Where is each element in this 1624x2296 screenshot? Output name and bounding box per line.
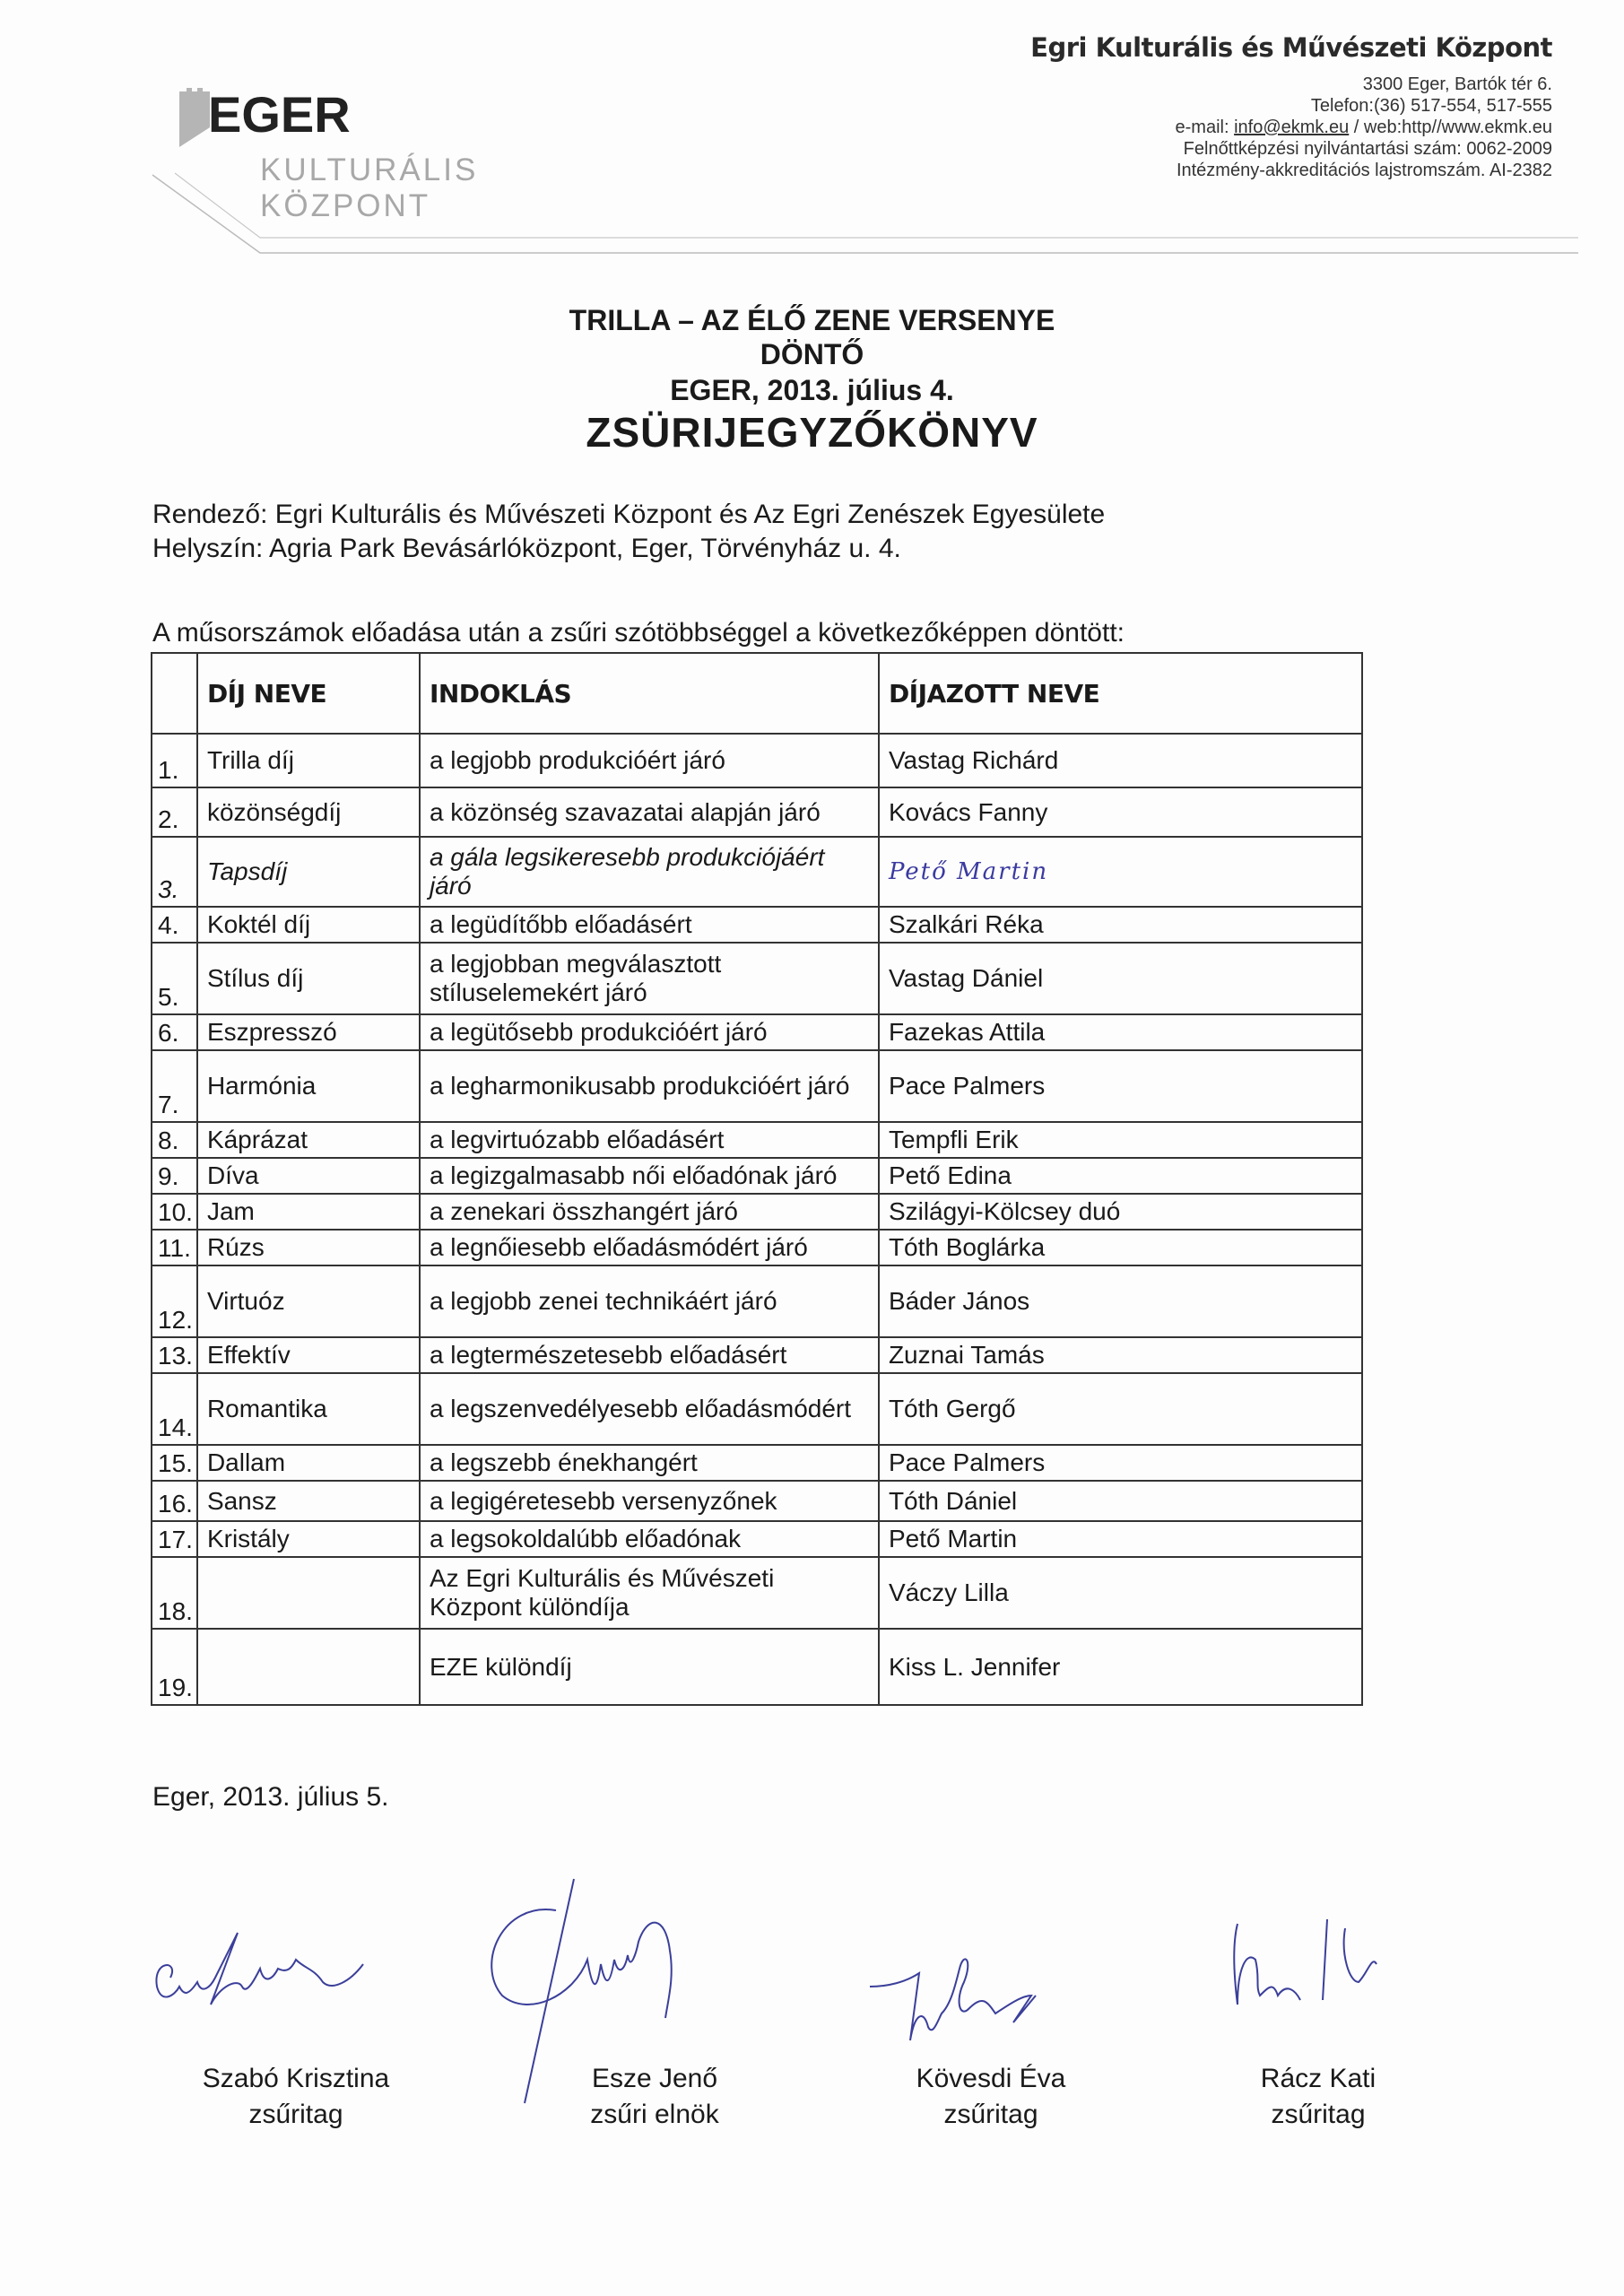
table-row: 5.Stílus díja legjobban megválasztott st… <box>152 943 1362 1014</box>
signatory-name: Kövesdi Éva <box>883 2061 1099 2097</box>
logo-brand: EGER <box>208 90 351 140</box>
signatory-3: Kövesdi Éva zsűritag <box>883 2061 1099 2133</box>
prize-name: Virtuóz <box>197 1265 420 1337</box>
signatory-role: zsűritag <box>1220 2097 1417 2133</box>
winner-name: Vastag Dániel <box>879 943 1362 1014</box>
organization-contact: Egri Kulturális és Művészeti Központ 330… <box>1030 32 1552 181</box>
winner-name: Pace Palmers <box>879 1050 1362 1122</box>
row-number: 9. <box>152 1158 197 1194</box>
row-number: 6. <box>152 1014 197 1050</box>
prize-reason: a legsokoldalúbb előadónak <box>420 1521 879 1557</box>
table-row: 16.Sansza legigéretesebb versenyzőnekTót… <box>152 1481 1362 1521</box>
prize-reason: a legigéretesebb versenyzőnek <box>420 1481 879 1521</box>
table-row: 1.Trilla díja legjobb produkcióért járóV… <box>152 734 1362 787</box>
organization-accreditation: Intézmény-akkreditációs lajstromszám. AI… <box>1030 160 1552 181</box>
prize-name: közönségdíj <box>197 787 420 837</box>
winner-name: Fazekas Attila <box>879 1014 1362 1050</box>
prize-reason: a legnőiesebb előadásmódért járó <box>420 1230 879 1265</box>
organizer-line: Rendező: Egri Kulturális és Művészeti Kö… <box>152 499 1105 531</box>
prize-reason: a legütősebb produkcióért járó <box>420 1014 879 1050</box>
row-number: 10. <box>152 1194 197 1230</box>
organization-email-web: e-mail: info@ekmk.eu / web:http//www.ekm… <box>1030 117 1552 138</box>
organization-address: 3300 Eger, Bartók tér 6. <box>1030 74 1552 95</box>
prize-reason: a zenekari összhangért járó <box>420 1194 879 1230</box>
row-number: 7. <box>152 1050 197 1122</box>
winner-name: Kovács Fanny <box>879 787 1362 837</box>
prize-name: Harmónia <box>197 1050 420 1122</box>
row-number: 19. <box>152 1629 197 1705</box>
prize-name: Eszpresszó <box>197 1014 420 1050</box>
winner-name: Vastag Richárd <box>879 734 1362 787</box>
venue-line: Helyszín: Agria Park Bevásárlóközpont, E… <box>152 533 901 565</box>
prize-reason: a legvirtuózabb előadásért <box>420 1122 879 1158</box>
row-number: 3. <box>152 837 197 907</box>
signature-racz <box>1234 1919 1376 2005</box>
row-number: 12. <box>152 1265 197 1337</box>
prize-name: Dallam <box>197 1445 420 1481</box>
title-final: DÖNTŐ <box>0 337 1624 371</box>
prize-reason: a legszebb énekhangért <box>420 1445 879 1481</box>
prize-name: Rúzs <box>197 1230 420 1265</box>
winner-name: Zuznai Tamás <box>879 1337 1362 1373</box>
row-number: 11. <box>152 1230 197 1265</box>
prize-name: Jam <box>197 1194 420 1230</box>
prize-name: Sansz <box>197 1481 420 1521</box>
awards-table-body: 1.Trilla díja legjobb produkcióért járóV… <box>152 734 1362 1705</box>
header-prize-name: DÍJ NEVE <box>197 653 420 734</box>
signatory-2: Esze Jenő zsűri elnök <box>547 2061 762 2133</box>
prize-reason: a legharmonikusabb produkcióért járó <box>420 1050 879 1122</box>
document-titles: TRILLA – AZ ÉLŐ ZENE VERSENYE DÖNTŐ EGER… <box>0 303 1624 457</box>
organization-phone: Telefon:(36) 517-554, 517-555 <box>1030 95 1552 117</box>
table-row: 4.Koktél díja legüdítőbb előadásértSzalk… <box>152 907 1362 943</box>
signature-kovesdi <box>870 1959 1036 2040</box>
prize-reason: Az Egri Kulturális és Művészeti Központ … <box>420 1557 879 1629</box>
winner-name: Tempfli Erik <box>879 1122 1362 1158</box>
signatory-name: Szabó Krisztina <box>179 2061 413 2097</box>
prize-name: Káprázat <box>197 1122 420 1158</box>
winner-name: Báder János <box>879 1265 1362 1337</box>
winner-name: Pető Martin <box>879 837 1362 907</box>
table-row: 7.Harmóniaa legharmonikusabb produkcióér… <box>152 1050 1362 1122</box>
table-row: 11.Rúzsa legnőiesebb előadásmódért járóT… <box>152 1230 1362 1265</box>
prize-reason: a legjobban megválasztott stíluselemekér… <box>420 943 879 1014</box>
prize-reason: a legizgalmasabb női előadónak járó <box>420 1158 879 1194</box>
winner-name: Pace Palmers <box>879 1445 1362 1481</box>
prize-name: Kristály <box>197 1521 420 1557</box>
table-row: 17.Kristálya legsokoldalúbb előadónakPet… <box>152 1521 1362 1557</box>
table-row: 3.Tapsdíja gála legsikeresebb produkciój… <box>152 837 1362 907</box>
prize-name: Koktél díj <box>197 907 420 943</box>
prize-name: Stílus díj <box>197 943 420 1014</box>
organization-registration: Felnőttképzési nyilvántartási szám: 0062… <box>1030 138 1552 160</box>
winner-name: Tóth Boglárka <box>879 1230 1362 1265</box>
signatory-1: Szabó Krisztina zsűritag <box>179 2061 413 2133</box>
winner-name: Kiss L. Jennifer <box>879 1629 1362 1705</box>
signatory-name: Rácz Kati <box>1220 2061 1417 2097</box>
signatory-name: Esze Jenő <box>547 2061 762 2097</box>
table-row: 15.Dallama legszebb énekhangértPace Palm… <box>152 1445 1362 1481</box>
row-number: 2. <box>152 787 197 837</box>
signatory-role: zsűritag <box>179 2097 413 2133</box>
place-and-date: Eger, 2013. július 5. <box>152 1782 389 1813</box>
prize-reason: EZE különdíj <box>420 1629 879 1705</box>
table-row: 14.Romantikaa legszenvedélyesebb előadás… <box>152 1373 1362 1445</box>
title-date: EGER, 2013. július 4. <box>0 373 1624 407</box>
prize-name: Effektív <box>197 1337 420 1373</box>
page-title: ZSÜRIJEGYZŐKÖNYV <box>0 407 1624 457</box>
table-row: 19.EZE különdíjKiss L. Jennifer <box>152 1629 1362 1705</box>
header-number <box>152 653 197 734</box>
table-row: 9.Dívaa legizgalmasabb női előadónak jár… <box>152 1158 1362 1194</box>
winner-name: Szalkári Réka <box>879 907 1362 943</box>
winner-name: Tóth Dániel <box>879 1481 1362 1521</box>
title-competition: TRILLA – AZ ÉLŐ ZENE VERSENYE <box>0 303 1624 337</box>
prize-name: Romantika <box>197 1373 420 1445</box>
table-row: 6.Eszpresszóa legütősebb produkcióért já… <box>152 1014 1362 1050</box>
row-number: 17. <box>152 1521 197 1557</box>
row-number: 16. <box>152 1481 197 1521</box>
table-row: 12.Virtuóza legjobb zenei technikáért já… <box>152 1265 1362 1337</box>
decision-line: A műsorszámok előadása után a zsűri szót… <box>152 617 1125 649</box>
awards-table: DÍJ NEVE INDOKLÁS DÍJAZOTT NEVE 1.Trilla… <box>151 652 1363 1706</box>
table-row: 13.Effektíva legtermészetesebb előadásér… <box>152 1337 1362 1373</box>
prize-reason: a gála legsikeresebb produkciójáért járó <box>420 837 879 907</box>
prize-name: Díva <box>197 1158 420 1194</box>
prize-name: Trilla díj <box>197 734 420 787</box>
email-link[interactable]: info@ekmk.eu <box>1234 117 1349 137</box>
winner-name: Pető Edina <box>879 1158 1362 1194</box>
prize-name: Tapsdíj <box>197 837 420 907</box>
signatory-4: Rácz Kati zsűritag <box>1220 2061 1417 2133</box>
prize-reason: a közönség szavazatai alapján járó <box>420 787 879 837</box>
prize-reason: a legtermészetesebb előadásért <box>420 1337 879 1373</box>
table-row: 18.Az Egri Kulturális és Művészeti Közpo… <box>152 1557 1362 1629</box>
row-number: 5. <box>152 943 197 1014</box>
row-number: 13. <box>152 1337 197 1373</box>
prize-name <box>197 1557 420 1629</box>
signatory-role: zsűritag <box>883 2097 1099 2133</box>
prize-reason: a legjobb produkcióért járó <box>420 734 879 787</box>
prize-reason: a legüdítőbb előadásért <box>420 907 879 943</box>
signature-szabo <box>156 1933 363 2005</box>
prize-name <box>197 1629 420 1705</box>
logo-line-1: KULTURÁLIS <box>260 154 478 186</box>
winner-name: Pető Martin <box>879 1521 1362 1557</box>
row-number: 14. <box>152 1373 197 1445</box>
header-reason: INDOKLÁS <box>420 653 879 734</box>
prize-reason: a legszenvedélyesebb előadásmódért <box>420 1373 879 1445</box>
winner-name: Váczy Lilla <box>879 1557 1362 1629</box>
winner-name: Szilágyi-Kölcsey duó <box>879 1194 1362 1230</box>
logo-line-2: KÖZPONT <box>260 190 430 222</box>
signatory-role: zsűri elnök <box>547 2097 762 2133</box>
row-number: 8. <box>152 1122 197 1158</box>
row-number: 18. <box>152 1557 197 1629</box>
row-number: 1. <box>152 734 197 787</box>
row-number: 15. <box>152 1445 197 1481</box>
web-text: / web:http//www.ekmk.eu <box>1349 117 1552 137</box>
winner-name: Tóth Gergő <box>879 1373 1362 1445</box>
header-winner-name: DÍJAZOTT NEVE <box>879 653 1362 734</box>
table-row: 2.közönségdíja közönség szavazatai alapj… <box>152 787 1362 837</box>
organization-name: Egri Kulturális és Művészeti Központ <box>1030 32 1552 63</box>
row-number: 4. <box>152 907 197 943</box>
prize-reason: a legjobb zenei technikáért járó <box>420 1265 879 1337</box>
email-label: e-mail: <box>1176 117 1235 137</box>
table-row: 10.Jama zenekari összhangért járóSzilágy… <box>152 1194 1362 1230</box>
table-row: 8.Káprázata legvirtuózabb előadásértTemp… <box>152 1122 1362 1158</box>
table-header-row: DÍJ NEVE INDOKLÁS DÍJAZOTT NEVE <box>152 653 1362 734</box>
